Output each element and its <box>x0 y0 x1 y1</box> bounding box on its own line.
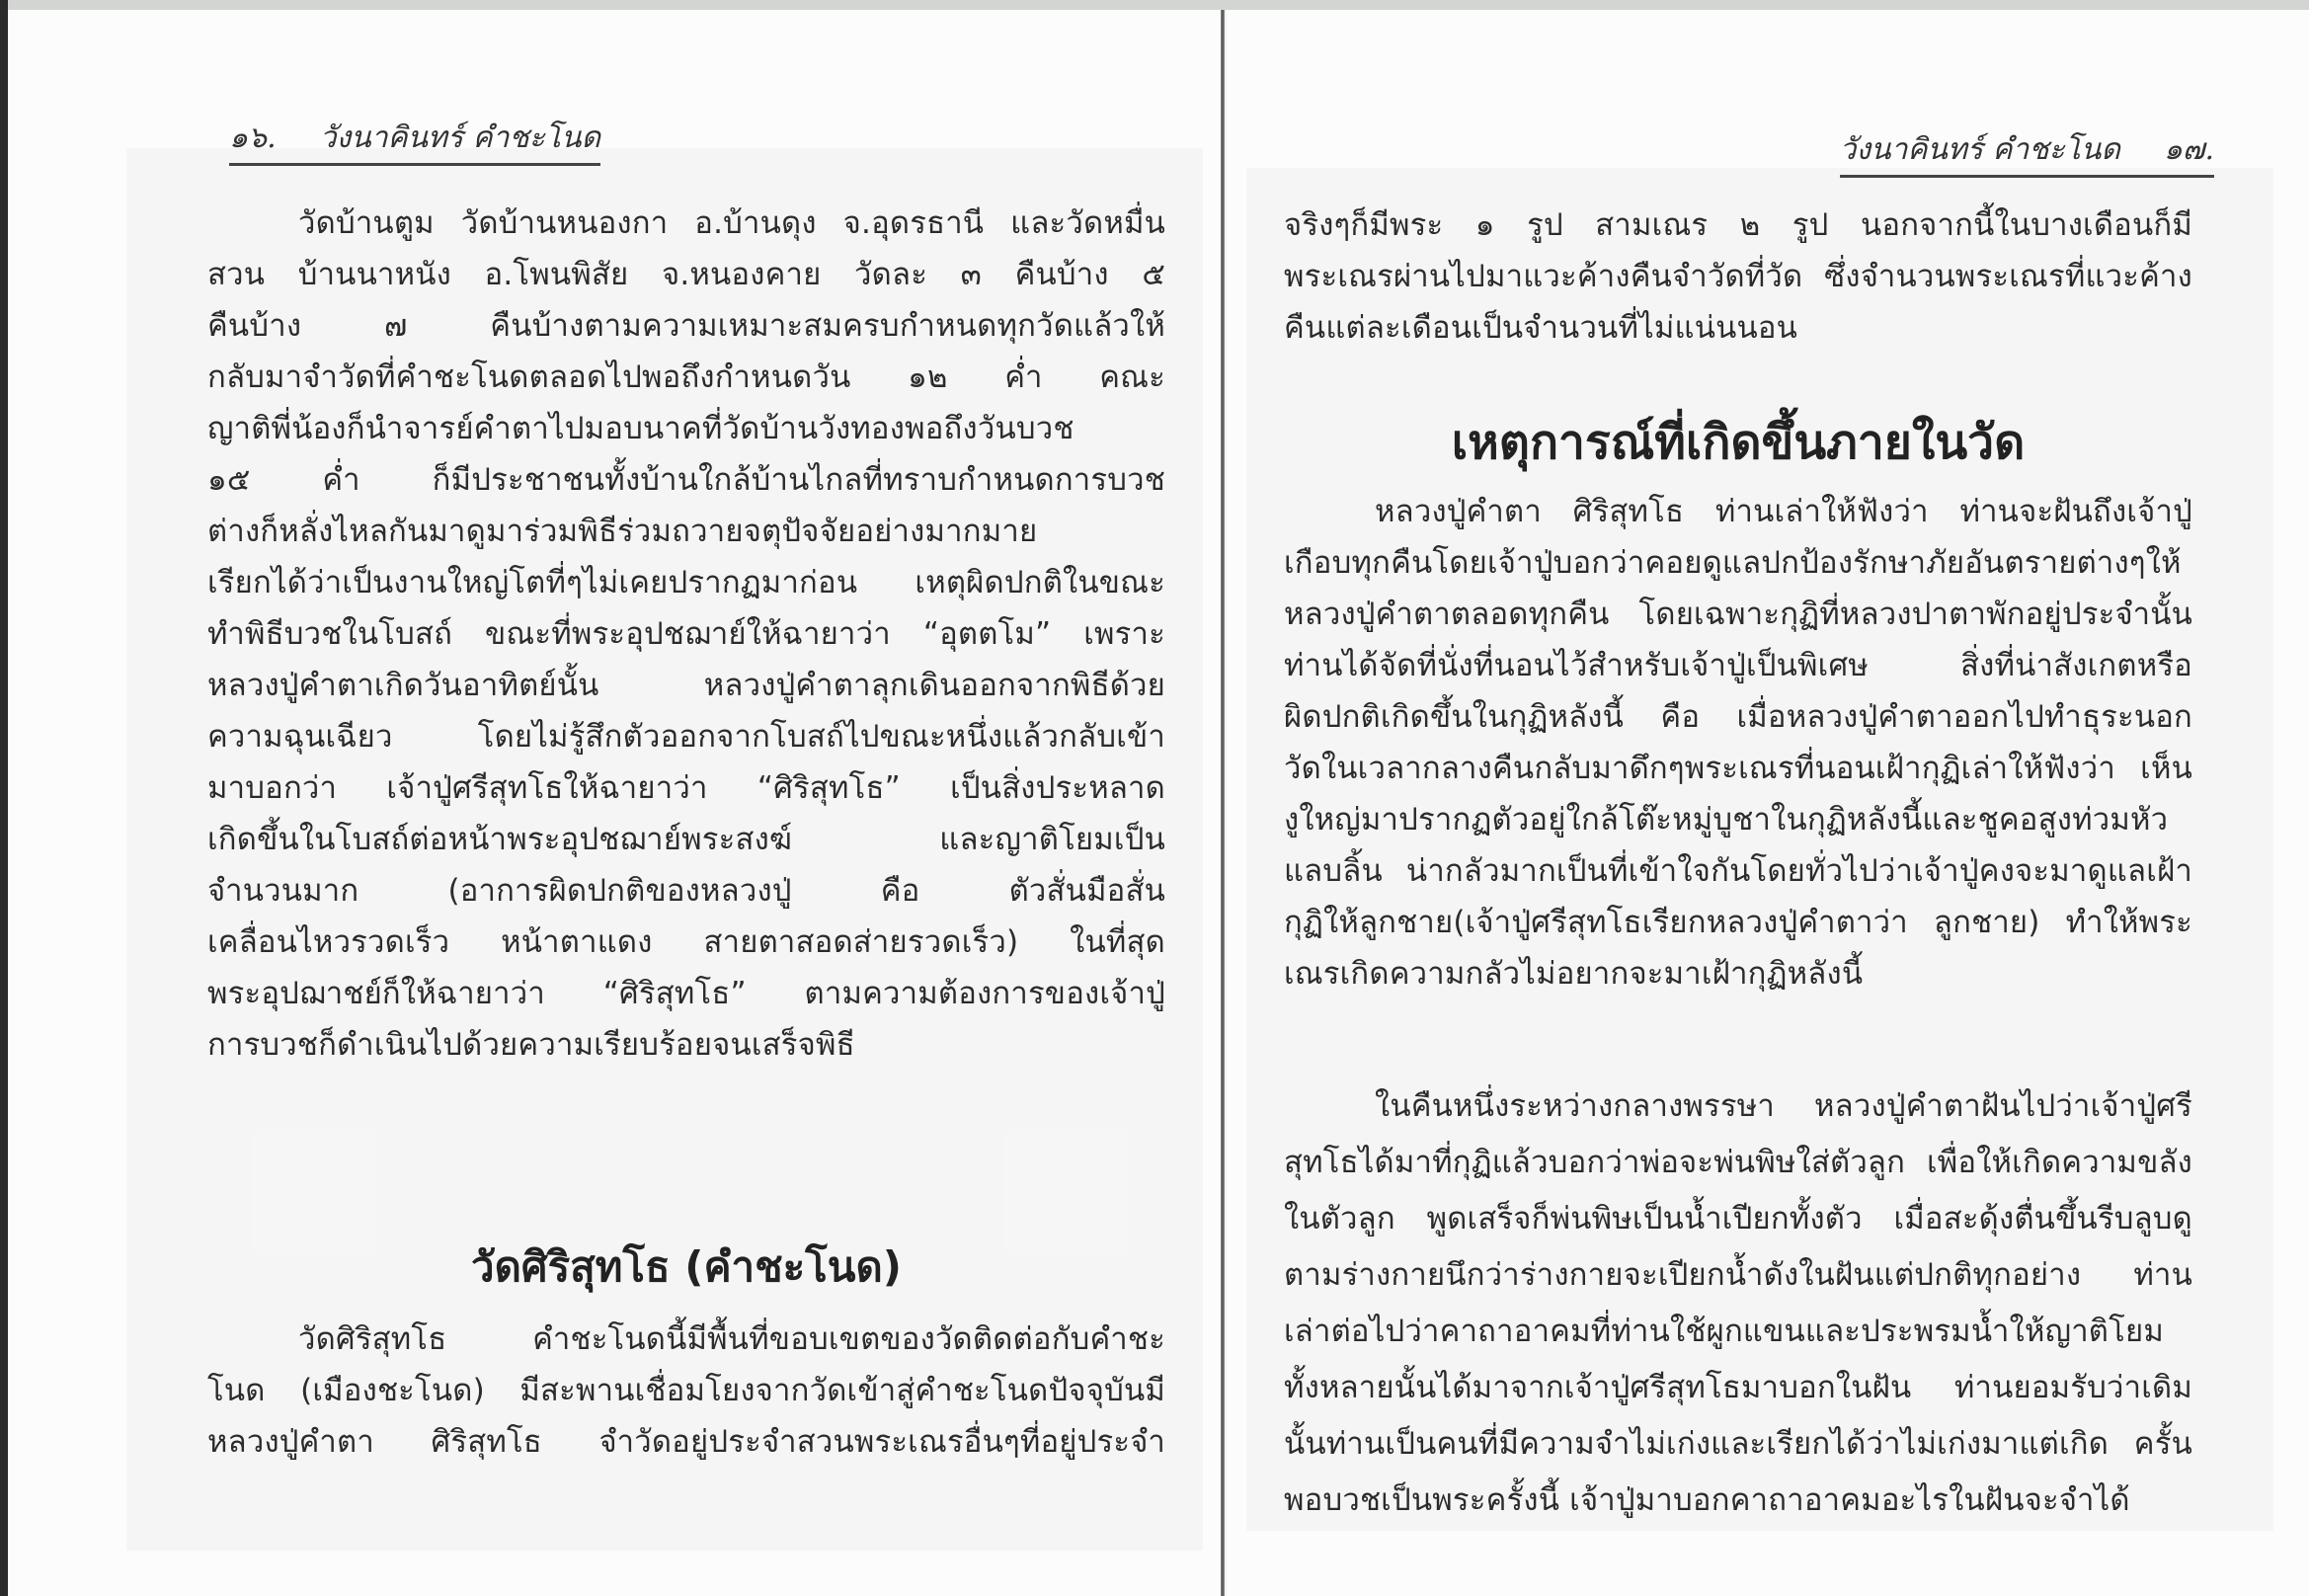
text-line: เกิดขึ้นในโบสถ์ต่อหน้าพระอุปชฌาย์พระสงฆ์… <box>207 814 1165 865</box>
text-line: จริงๆก็มีพระ ๑ รูป สามเณร ๒ รูป นอกจากนี… <box>1284 199 2192 251</box>
text-line: ทั้งหลายนั้นได้มาจากเจ้าปู่ศรีสุทโธมาบอก… <box>1284 1360 2192 1416</box>
right-page-number: ๑๗. <box>2164 132 2214 167</box>
text-line: ญาติพี่น้องก็นำจารย์คำตาไปมอบนาคที่วัดบ้… <box>207 403 1165 454</box>
text-line: วัดในเวลากลางคืนกลับมาดึกๆพระเณรที่นอนเฝ… <box>1284 743 2192 794</box>
text-line: โนด (เมืองชะโนด) มีสะพานเชื่อมโยงจากวัดเ… <box>207 1365 1165 1416</box>
text-line: วัดศิริสุทโธ คำชะโนดนี้มีพื้นที่ขอบเขตขอ… <box>207 1314 1165 1365</box>
text-line: วัดบ้านตูม วัดบ้านหนองกา อ.บ้านดุง จ.อุด… <box>207 198 1165 249</box>
text-line: หลวงปู่คำตา ศิริสุทโธ ท่านเล่าให้ฟังว่า … <box>1284 486 2192 537</box>
text-line: กลับมาจำวัดที่คำชะโนดตลอดไปพอถึงกำหนดวัน… <box>207 352 1165 403</box>
text-line: ตามร่างกายนึกว่าร่างกายจะเปียกน้ำดังในฝั… <box>1284 1247 2192 1304</box>
text-line: เรียกได้ว่าเป็นงานใหญ่โตที่ๆไม่เคยปรากฏม… <box>207 557 1165 608</box>
text-line: ต่างก็หลั่งไหลกันมาดูมาร่วมพิธีร่วมถวายจ… <box>207 506 1165 557</box>
text-line: เล่าต่อไปว่าคาถาอาคมที่ท่านใช้ผูกแขนและป… <box>1284 1304 2192 1360</box>
left-running-title: วังนาคินทร์ คำชะโนด <box>320 120 600 155</box>
text-line: ในคืนหนึ่งระหว่างกลางพรรษา หลวงปู่คำตาฝั… <box>1284 1078 2192 1135</box>
text-line: จำนวนมาก (อาการผิดปกติของหลวงปู่ คือ ตัว… <box>207 865 1165 917</box>
text-line: สวน บ้านนาหนัง อ.โพนพิสัย จ.หนองคาย วัดล… <box>207 249 1165 300</box>
text-line: กุฏิให้ลูกชาย(เจ้าปู่ศรีสุทโธเรียกหลวงปู… <box>1284 897 2192 948</box>
text-line: นั้นท่านเป็นคนที่มีความจำไม่เก่งและเรียก… <box>1284 1416 2192 1473</box>
text-line: หลวงปู่คำตา ศิริสุทโธ จำวัดอยู่ประจำสวนพ… <box>207 1416 1165 1468</box>
text-line: คืนบ้าง ๗ คืนบ้างตามความเหมาะสมครบกำหนดท… <box>207 300 1165 352</box>
text-line: เณรเกิดความกลัวไม่อยากจะมาเฝ้ากุฏิหลังนี… <box>1284 948 2192 999</box>
left-paragraph-2: วัดศิริสุทโธ คำชะโนดนี้มีพื้นที่ขอบเขตขอ… <box>207 1314 1165 1468</box>
book-cover-edge <box>0 0 8 1596</box>
right-section-heading: เหตุการณ์ที่เกิดขึ้นภายในวัด <box>1284 405 2192 480</box>
text-line: ในตัวลูก พูดเสร็จก็พ่นพิษเป็นน้ำเปียกทั้… <box>1284 1191 2192 1247</box>
left-running-head: ๑๖.วังนาคินทร์ คำชะโนด <box>229 115 600 166</box>
text-line: ท่านได้จัดที่นั่งที่นอนไว้สำหรับเจ้าปู่เ… <box>1284 640 2192 691</box>
text-line: ทำพิธีบวชในโบสถ์ ขณะที่พระอุปชฌาย์ให้ฉาย… <box>207 608 1165 660</box>
right-paragraph-1: จริงๆก็มีพระ ๑ รูป สามเณร ๒ รูป นอกจากนี… <box>1284 199 2192 354</box>
text-line: งูใหญ่มาปรากฏตัวอยู่ใกล้โต๊ะหมู่บูชาในกุ… <box>1284 794 2192 845</box>
text-line: ๑๕ ค่ำ ก็มีประชาชนทั้งบ้านใกล้บ้านไกลที่… <box>207 454 1165 506</box>
text-line: แลบลิ้น น่ากลัวมากเป็นที่เข้าใจกันโดยทั่… <box>1284 845 2192 897</box>
text-line: ความฉุนเฉียว โดยไม่รู้สึกตัวออกจากโบสถ์ไ… <box>207 711 1165 762</box>
left-page-number: ๑๖. <box>229 120 277 155</box>
right-paragraph-2: หลวงปู่คำตา ศิริสุทโธ ท่านเล่าให้ฟังว่า … <box>1284 486 2192 999</box>
scan-top-edge <box>0 0 2309 10</box>
text-line: หลวงปู่คำตาเกิดวันอาทิตย์นั้น หลวงปู่คำต… <box>207 660 1165 711</box>
text-line: พระเณรผ่านไปมาแวะค้างคืนจำวัดที่วัด ซึ่ง… <box>1284 251 2192 302</box>
text-line: คืนแต่ละเดือนเป็นจำนวนที่ไม่แน่นนอน <box>1284 302 2192 354</box>
text-line: สุทโธได้มาที่กุฏิแล้วบอกว่าพ่อจะพ่นพิษใส… <box>1284 1135 2192 1191</box>
right-running-head: วังนาคินทร์ คำชะโนด๑๗. <box>1840 126 2214 178</box>
book-spine <box>1221 10 1225 1596</box>
text-line: มาบอกว่า เจ้าปู่ศรีสุทโธให้ฉายาว่า “ศิริ… <box>207 762 1165 814</box>
left-paragraph-1: วัดบ้านตูม วัดบ้านหนองกา อ.บ้านดุง จ.อุด… <box>207 198 1165 1071</box>
text-line: เคลื่อนไหวรวดเร็ว หน้าตาแดง สายตาสอดส่าย… <box>207 917 1165 968</box>
text-line: พระอุปฌาชย์ก็ให้ฉายาว่า “ศิริสุทโธ” ตามค… <box>207 968 1165 1019</box>
left-section-heading: วัดศิริสุทโธ (คำชะโนด) <box>207 1235 1165 1300</box>
right-running-title: วังนาคินทร์ คำชะโนด <box>1840 132 2120 167</box>
text-line: เกือบทุกคืนโดยเจ้าปู่บอกว่าคอยดูแลปกป้อง… <box>1284 537 2192 589</box>
text-line: การบวชก็ดำเนินไปด้วยความเรียบร้อยจนเสร็จ… <box>207 1019 1165 1071</box>
text-line: หลวงปู่คำตาตลอดทุกคืน โดยเฉพาะกุฏิที่หลว… <box>1284 589 2192 640</box>
text-line: ผิดปกติเกิดขึ้นในกุฏิหลังนี้ คือ เมื่อหล… <box>1284 691 2192 743</box>
right-paragraph-3: ในคืนหนึ่งระหว่างกลางพรรษา หลวงปู่คำตาฝั… <box>1284 1078 2192 1529</box>
text-line: พอบวชเป็นพระครั้งนี้ เจ้าปู่มาบอกคาถาอาค… <box>1284 1473 2192 1529</box>
